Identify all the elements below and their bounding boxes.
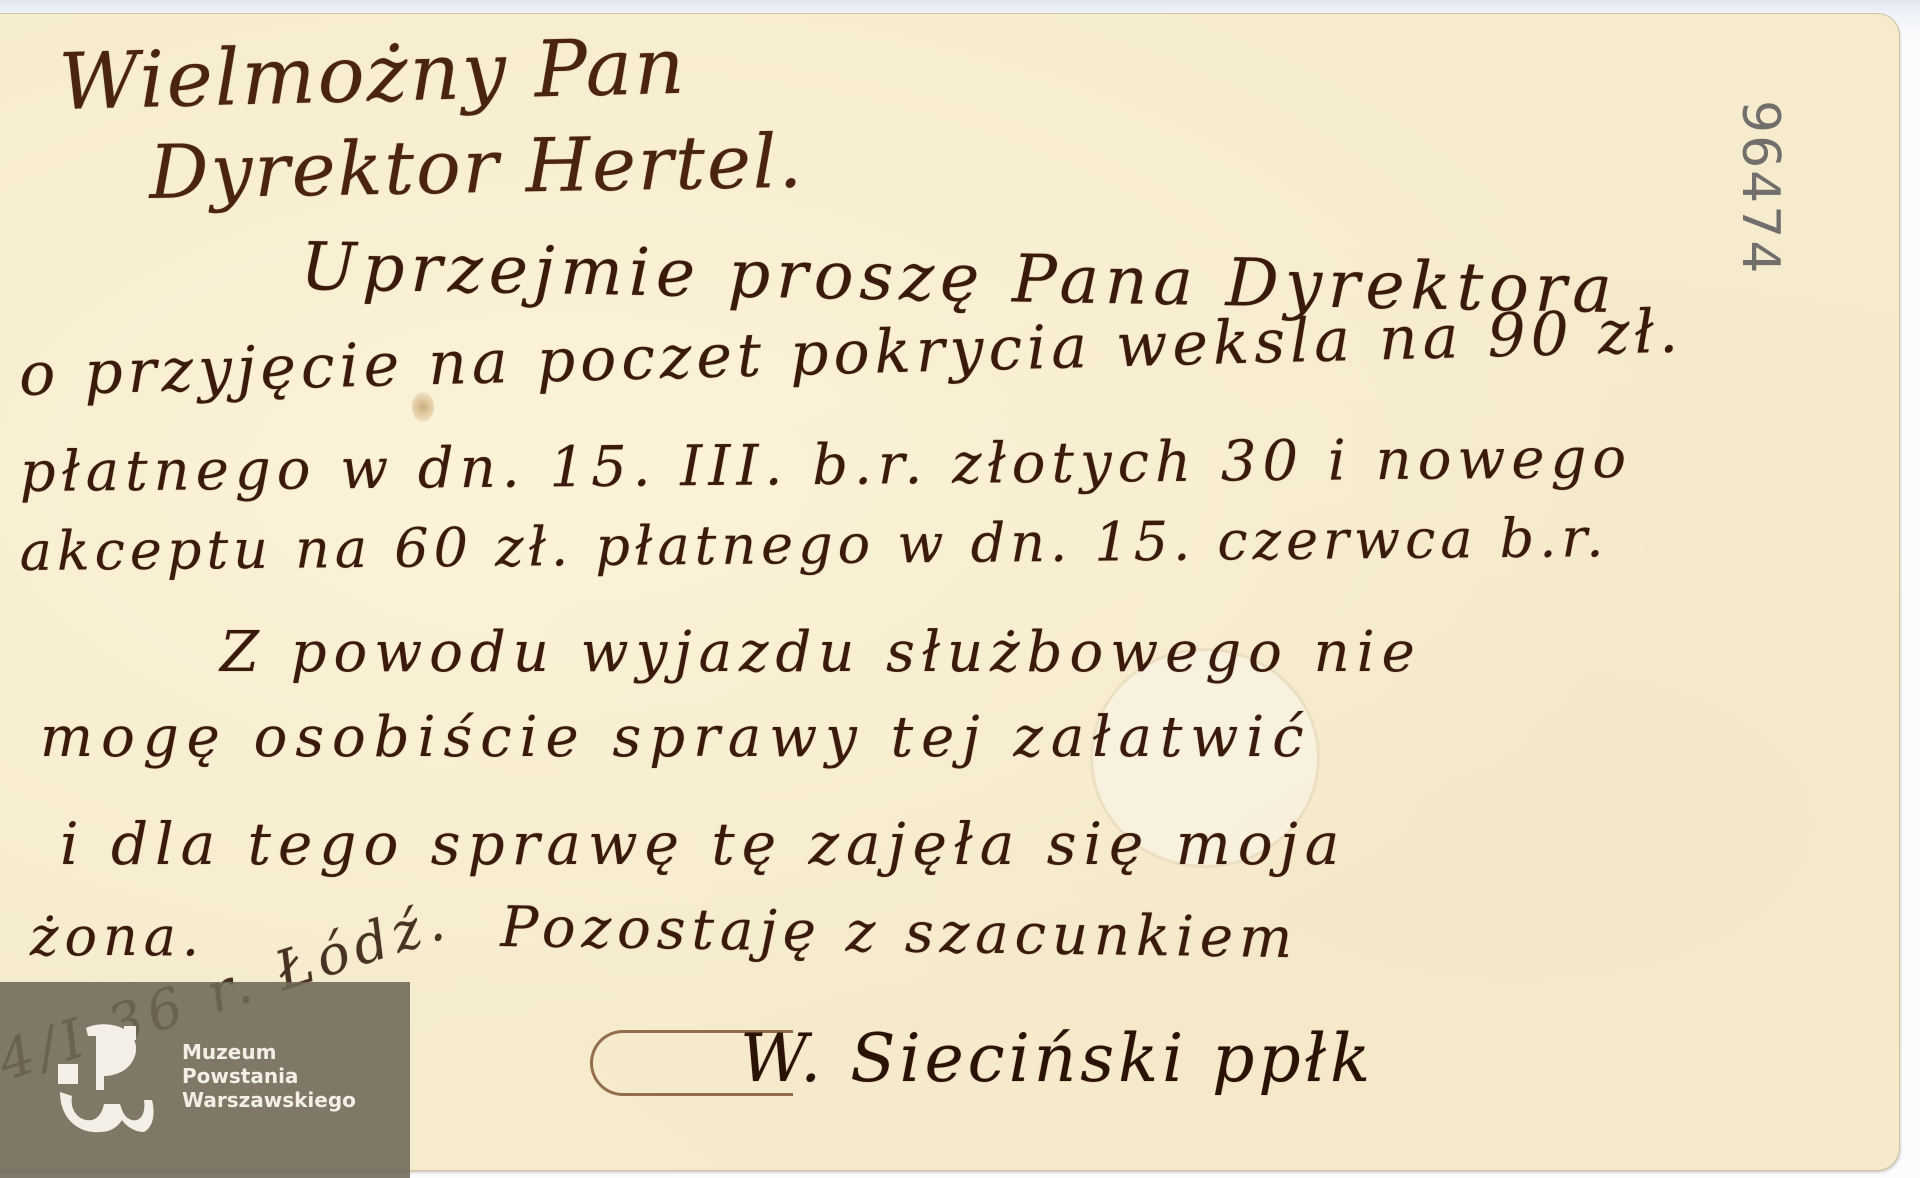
salutation: Wielmożny Pan (58, 22, 688, 128)
body-line-6: mogę osobiście sprawy tej załatwić (40, 705, 1312, 770)
kotwica-anchor-icon (56, 1020, 156, 1136)
body-line-5: Z powodu wyjazdu służbowego nie (220, 620, 1422, 685)
signature: W. Sieciński ppłk (740, 1020, 1374, 1097)
museum-name-line-1: Muzeum (182, 1040, 356, 1064)
museum-name-line-3: Warszawskiego (182, 1088, 356, 1112)
addressee: Dyrektor Hertel. (148, 119, 804, 216)
body-line-7: i dla tego sprawę tę zajęła się moja (60, 810, 1346, 878)
archive-number: 96474 (1730, 100, 1790, 275)
museum-name-line-2: Powstania (182, 1064, 356, 1088)
body-line-8: żona. (30, 905, 205, 968)
museum-logo-text: Muzeum Powstania Warszawskiego (182, 1040, 356, 1112)
closing-line: Pozostaję z szacunkiem (500, 895, 1299, 971)
